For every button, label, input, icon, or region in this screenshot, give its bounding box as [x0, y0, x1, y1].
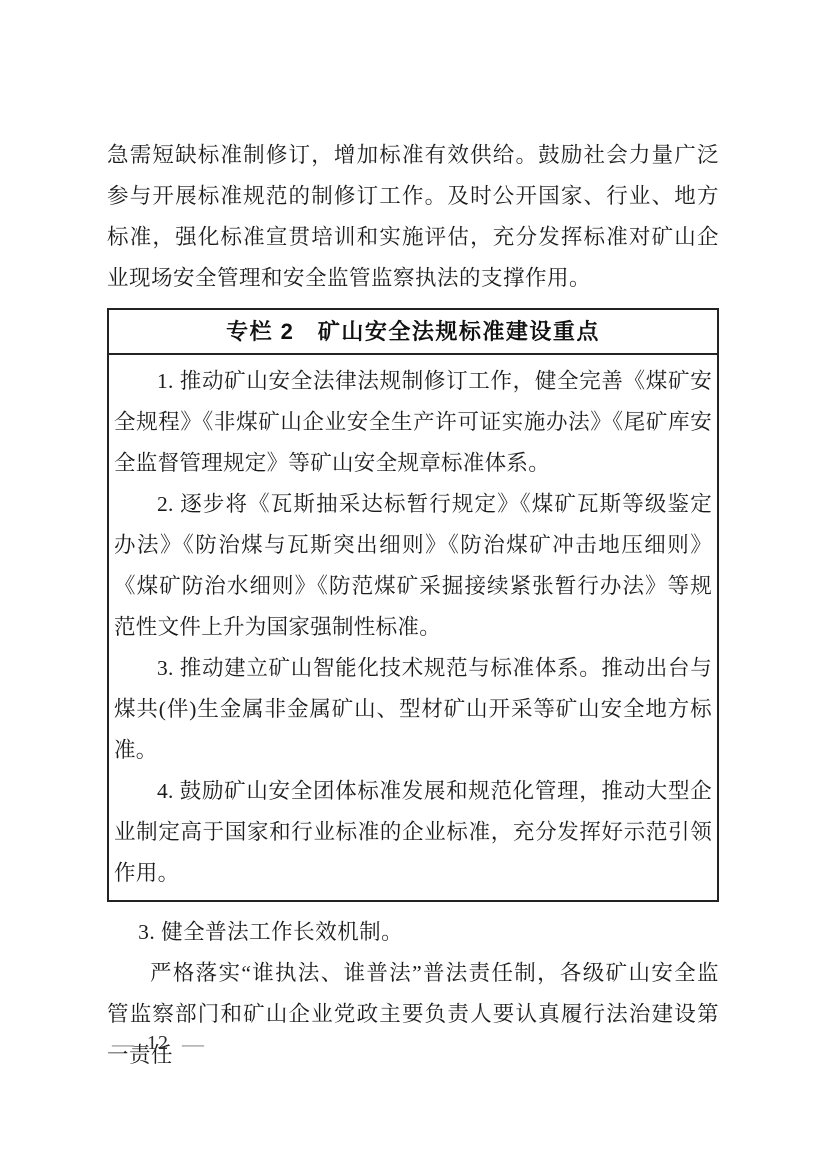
- document-page: 急需短缺标准制修订，增加标准有效供给。鼓励社会力量广泛参与开展标准规范的制修订工…: [0, 0, 826, 1169]
- box-body: 1. 推动矿山安全法律法规制修订工作，健全完善《煤矿安全规程》《非煤矿山企业安全…: [109, 355, 717, 900]
- intro-paragraph: 急需短缺标准制修订，增加标准有效供给。鼓励社会力量广泛参与开展标准规范的制修订工…: [107, 135, 719, 299]
- footer-dash-right: —: [182, 1034, 204, 1054]
- page-footer: — 12 —: [112, 1032, 204, 1055]
- box-item-2: 2. 逐步将《瓦斯抽采达标暂行规定》《煤矿瓦斯等级鉴定办法》《防治煤与瓦斯突出细…: [114, 484, 712, 648]
- closing-paragraph: 严格落实“谁执法、谁普法”普法责任制，各级矿山安全监管监察部门和矿山企业党政主要…: [107, 953, 719, 1076]
- page-number: 12: [147, 1032, 169, 1055]
- page-content: 急需短缺标准制修订，增加标准有效供给。鼓励社会力量广泛参与开展标准规范的制修订工…: [107, 135, 719, 1076]
- box-item-4: 4. 鼓励矿山安全团体标准发展和规范化管理，推动大型企业制定高于国家和行业标准的…: [114, 771, 712, 894]
- section-heading: 3. 健全普法工作长效机制。: [107, 912, 719, 953]
- special-column-box: 专栏 2 矿山安全法规标准建设重点 1. 推动矿山安全法律法规制修订工作，健全完…: [107, 308, 719, 902]
- box-item-3: 3. 推动建立矿山智能化技术规范与标准体系。推动出台与煤共(伴)生金属非金属矿山…: [114, 648, 712, 771]
- footer-dash-left: —: [112, 1034, 134, 1054]
- box-title: 专栏 2 矿山安全法规标准建设重点: [109, 310, 717, 355]
- box-item-1: 1. 推动矿山安全法律法规制修订工作，健全完善《煤矿安全规程》《非煤矿山企业安全…: [114, 361, 712, 484]
